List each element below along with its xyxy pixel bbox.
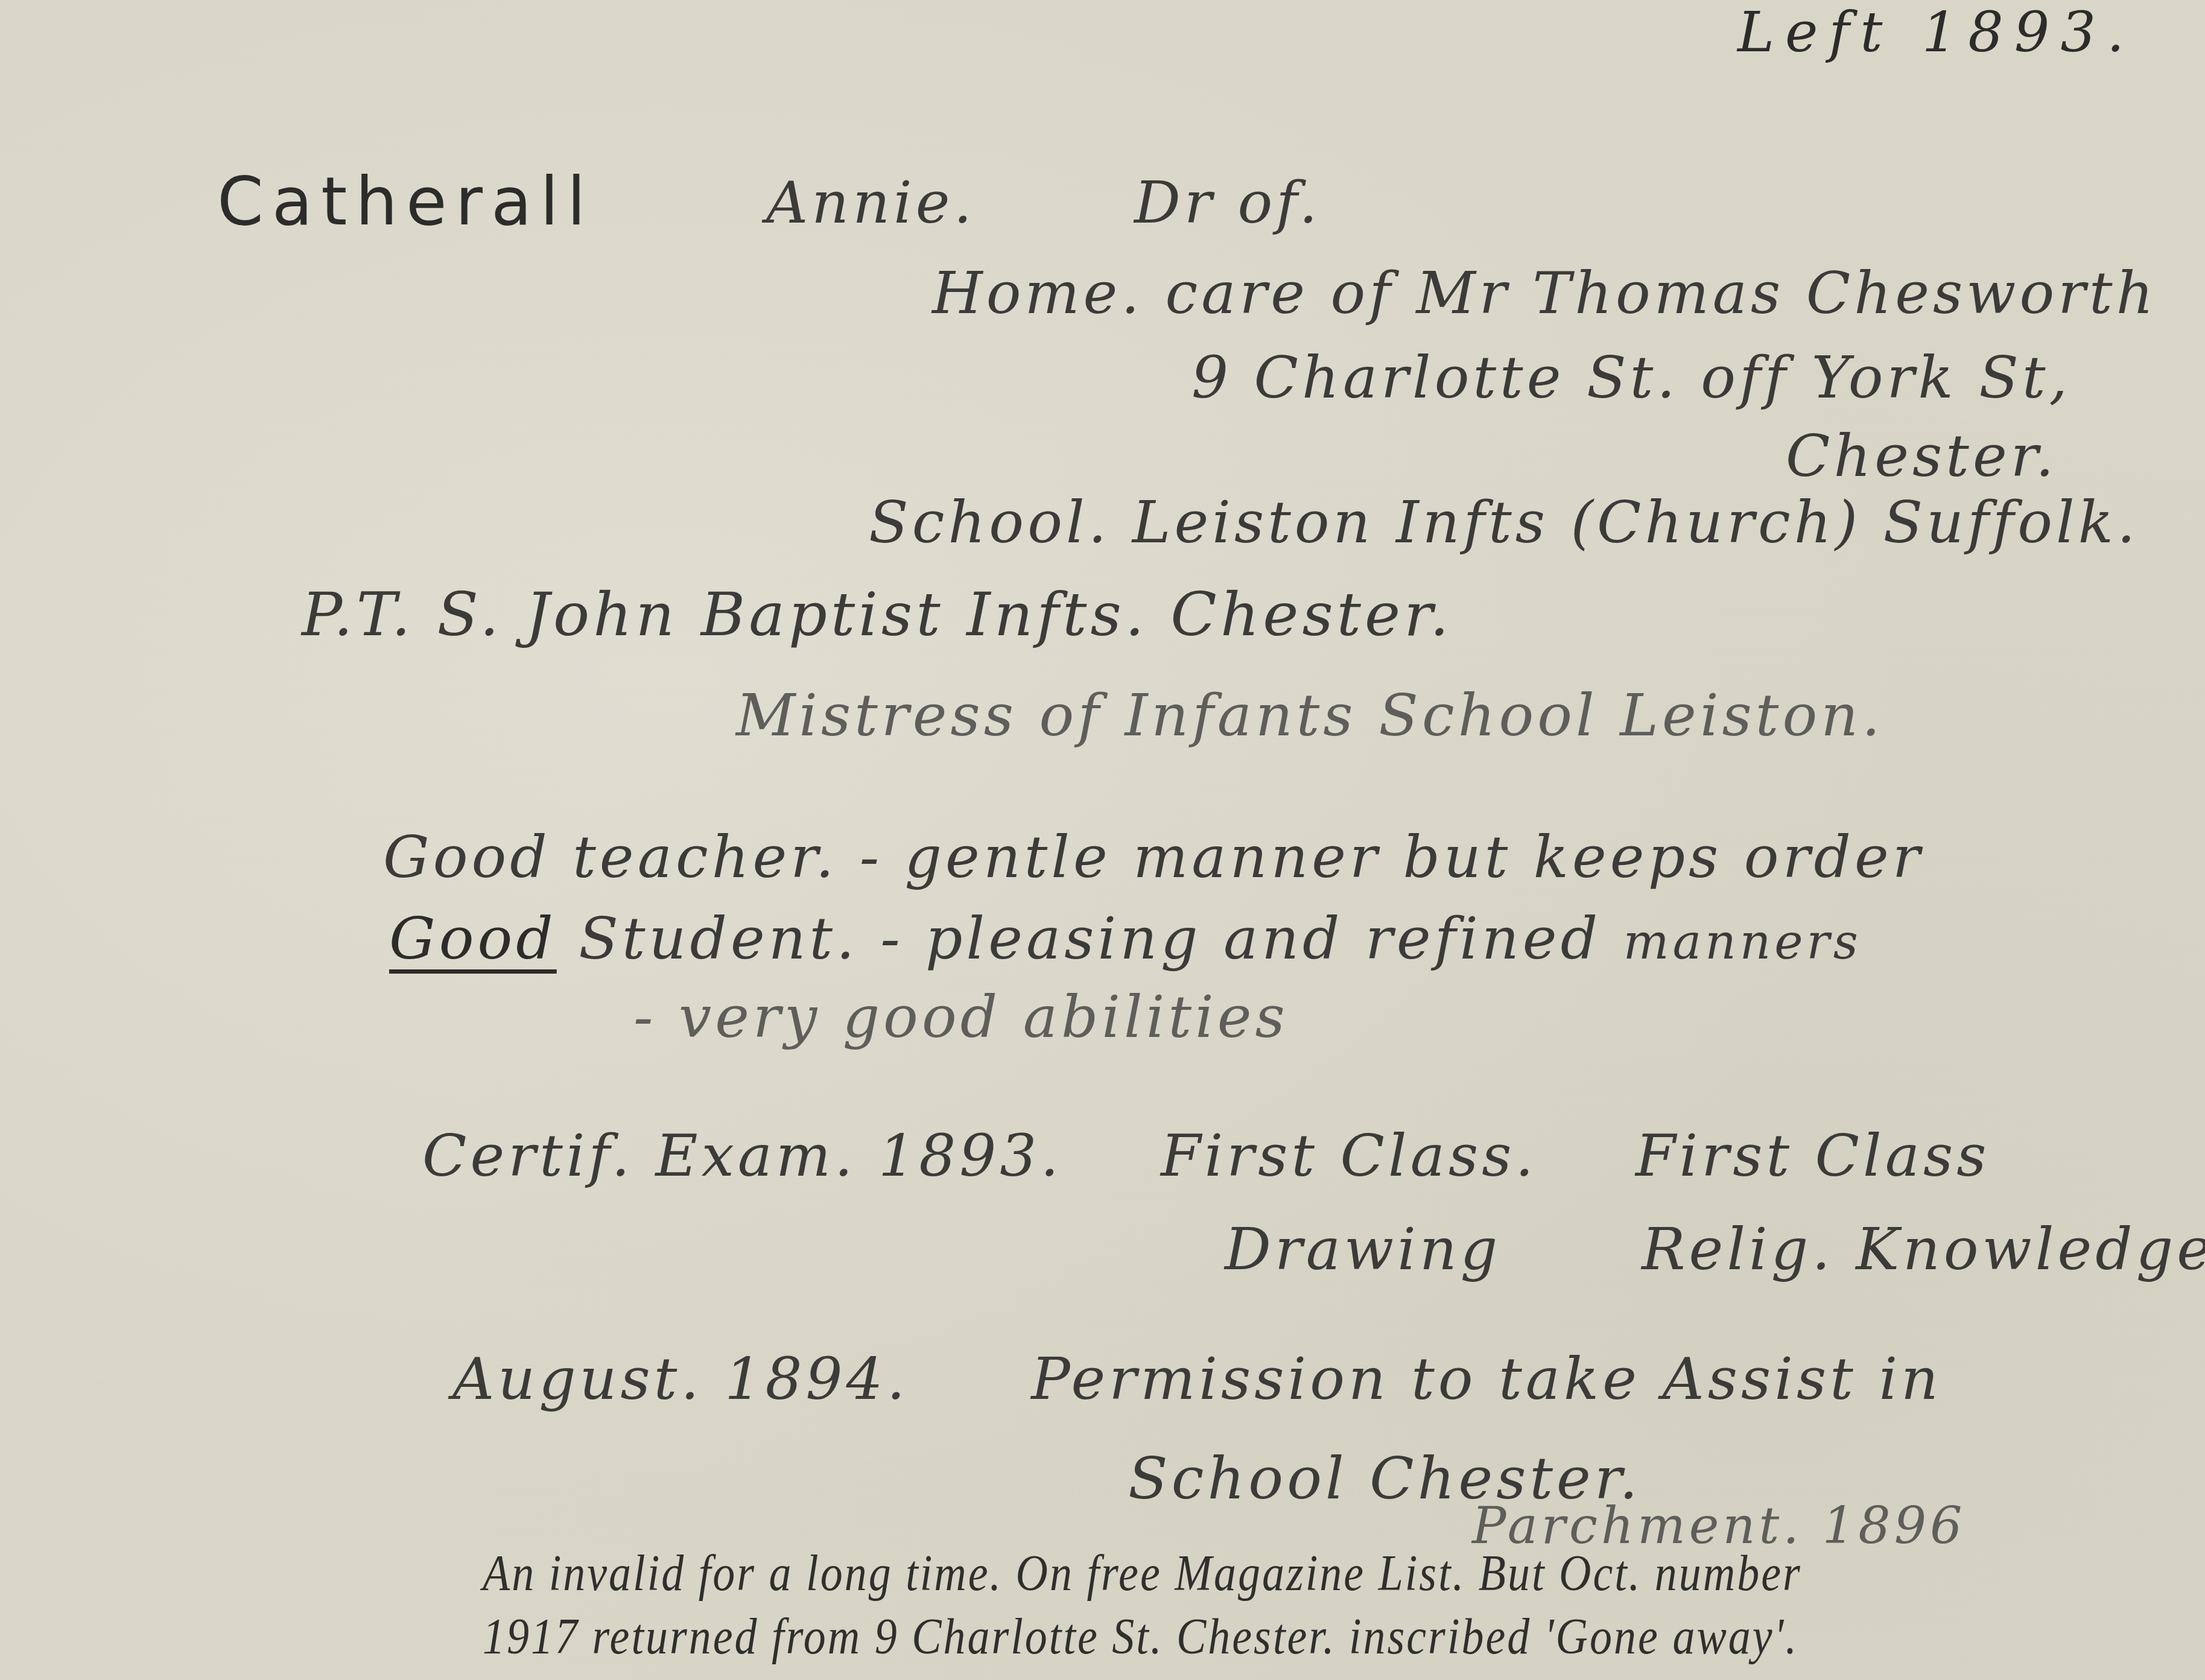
home-address-line-1: Home. care of Mr Thomas Chesworth bbox=[932, 259, 2157, 327]
student-relation: Dr of. bbox=[1134, 169, 1321, 236]
certificate-extra-label: First Class bbox=[1636, 1122, 1990, 1190]
left-date-note: Left 1893. bbox=[1737, 0, 2135, 65]
teacher-grade: Good bbox=[383, 823, 551, 891]
certificate-line: Certif. Exam. 1893. First Class. First C… bbox=[422, 1122, 1990, 1190]
subject-drawing: Drawing bbox=[1225, 1216, 1501, 1283]
student-remark: Student. - pleasing and refined bbox=[579, 905, 1601, 972]
home-address-line-3: Chester. bbox=[1786, 422, 2058, 490]
permission-line: August. 1894. Permission to take Assist … bbox=[452, 1345, 1942, 1413]
school-line: School. Leiston Infts (Church) Suffolk. bbox=[869, 489, 2139, 556]
student-surname: Catherall bbox=[217, 163, 594, 240]
student-remark-manners: manners bbox=[1623, 914, 1862, 970]
teacher-remark: teacher. - gentle manner but keeps order bbox=[573, 823, 1923, 891]
certificate-subjects: Drawing Relig. Knowledge. bbox=[1225, 1216, 2205, 1283]
teacher-assessment: Good teacher. - gentle manner but keeps … bbox=[383, 823, 1924, 891]
later-note-line-2: 1917 returned from 9 Charlotte St. Chest… bbox=[483, 1608, 1798, 1667]
certificate-result: First Class. bbox=[1161, 1122, 1537, 1190]
student-assessment: Good Student. - pleasing and refined man… bbox=[389, 905, 1862, 972]
position-line: Mistress of Infants School Leiston. bbox=[736, 682, 1884, 749]
record-page: Left 1893. Catherall Annie. Dr of. Home.… bbox=[0, 0, 2205, 1680]
home-address-line-2: 9 Charlotte St. off York St, bbox=[1191, 344, 2071, 411]
subject-religious-knowledge: Relig. Knowledge. bbox=[1642, 1216, 2205, 1283]
student-forename: Annie. bbox=[766, 169, 976, 236]
permission-text: Permission to take Assist in bbox=[1031, 1345, 1942, 1413]
pupil-teacher-line: P.T. S. John Baptist Infts. Chester. bbox=[302, 579, 1453, 650]
permission-date: August. 1894. bbox=[452, 1345, 909, 1413]
later-note-line-1: An invalid for a long time. On free Maga… bbox=[483, 1544, 1802, 1603]
certificate-label: Certif. Exam. 1893. bbox=[422, 1122, 1062, 1190]
abilities-remark: - very good abilities bbox=[633, 983, 1289, 1051]
student-grade: Good bbox=[389, 905, 557, 972]
